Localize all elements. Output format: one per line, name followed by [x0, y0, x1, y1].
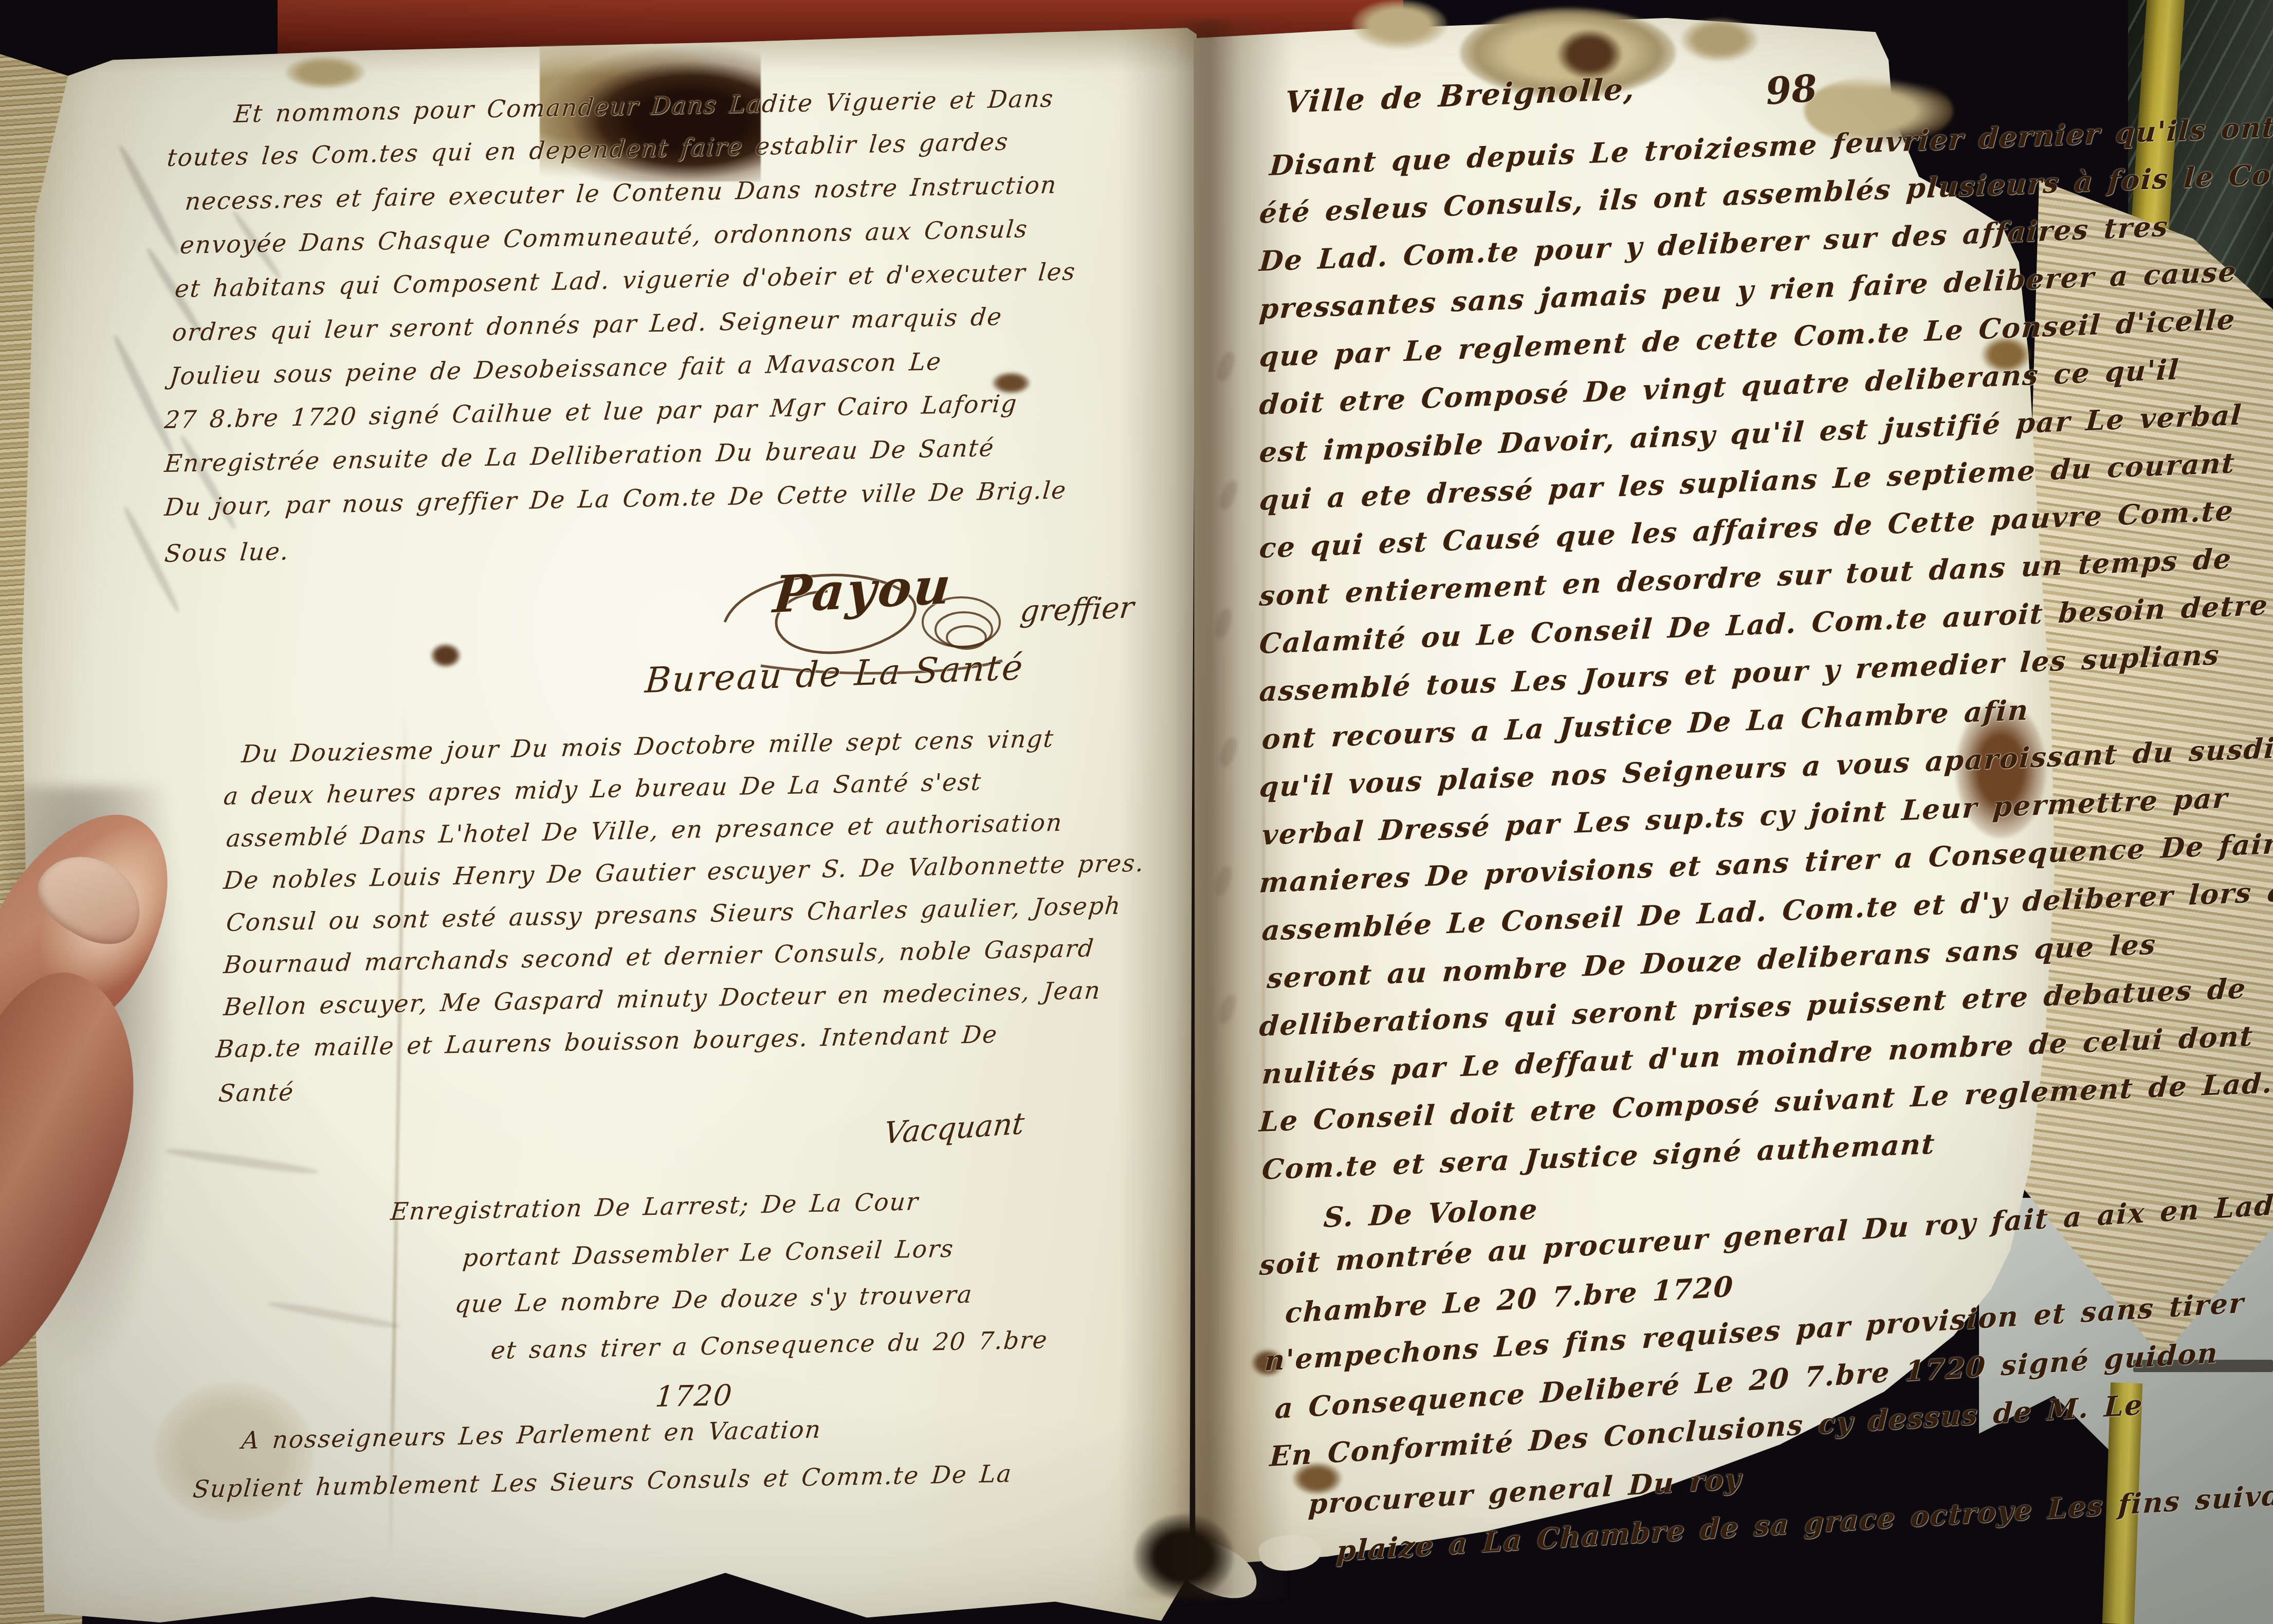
greffier-signature: Payou [771, 556, 955, 625]
manuscript-line: Santé [217, 1078, 296, 1108]
registration-date: 1720 [654, 1379, 734, 1414]
manuscript-line: Sous lue. [163, 537, 291, 568]
manuscript-photo: Et nommons pour Comandeur Dans Ladite Vi… [0, 0, 2273, 1624]
page-number: 98 [1764, 66, 1819, 113]
greffier-signature-title: greffier [1018, 590, 1135, 629]
